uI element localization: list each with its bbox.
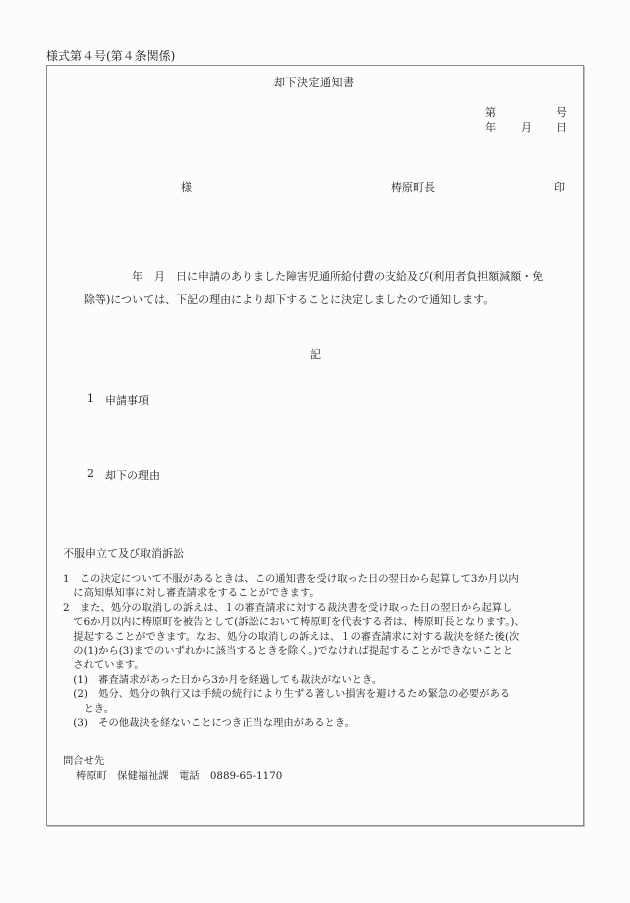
document-title: 却下決定通知書: [274, 74, 355, 90]
number-dai: 第: [485, 104, 496, 120]
date-day: 日: [556, 119, 567, 135]
appeal-line: 1 この決定について不服があるときは、この通知書を受け取った日の翌日から起算して…: [63, 572, 583, 586]
contact-details: 梼原町 保健福祉課 電話 0889-65-1170: [76, 769, 282, 784]
item-2-number: 2: [87, 467, 94, 480]
ki-heading: 記: [310, 346, 321, 362]
date-month: 月: [521, 119, 532, 135]
item-1-number: 1: [87, 392, 94, 405]
date-year: 年: [485, 119, 496, 135]
item-2-label: 却下の理由: [105, 467, 160, 483]
appeal-line: て6か月以内に梼原町を被告として(訴訟において梼原町を代表する者は、梼原町長とな…: [63, 615, 583, 629]
seal-mark: 印: [554, 179, 565, 195]
body-text-line-2: 除等)については、下記の理由により却下することに決定しましたので通知します。: [84, 287, 494, 313]
appeal-line: (1) 審査請求があった日から3か月を経過しても裁決がないとき。: [63, 673, 583, 687]
item-1-label: 申請事項: [105, 392, 149, 408]
appeal-notice: 1 この決定について不服があるときは、この通知書を受け取った日の翌日から起算して…: [63, 572, 583, 730]
number-go: 号: [556, 104, 567, 120]
appeal-line: (2) 処分、処分の執行又は手続の続行により生ずる著しい損害を避けるため緊急の必…: [63, 687, 583, 701]
contact-heading: 問合せ先: [63, 754, 104, 769]
appeal-line: に高知県知事に対し審査請求をすることができます。: [63, 586, 583, 600]
appeal-line: 提起することができます。なお、処分の取消しの訴えは、１の審査請求に対する裁決を経…: [63, 630, 583, 644]
appeal-line: とき。: [63, 702, 583, 716]
appeal-line: 2 また、処分の取消しの訴えは、１の審査請求に対する裁決書を受け取った日の翌日か…: [63, 601, 583, 615]
appeal-line: (3) その他裁決を経ないことにつき正当な理由があるとき。: [63, 716, 583, 730]
form-number-label: 様式第４号(第４条関係): [46, 47, 175, 64]
issuer-name: 梼原町長: [391, 179, 435, 195]
appeal-line: の(1)から(3)までのいずれかに該当するときを除く。)でなければ提起することが…: [63, 644, 583, 658]
addressee-suffix: 様: [181, 179, 192, 195]
appeal-line: されています。: [63, 658, 583, 672]
appeal-heading: 不服申立て及び取消訴訟: [63, 545, 184, 561]
